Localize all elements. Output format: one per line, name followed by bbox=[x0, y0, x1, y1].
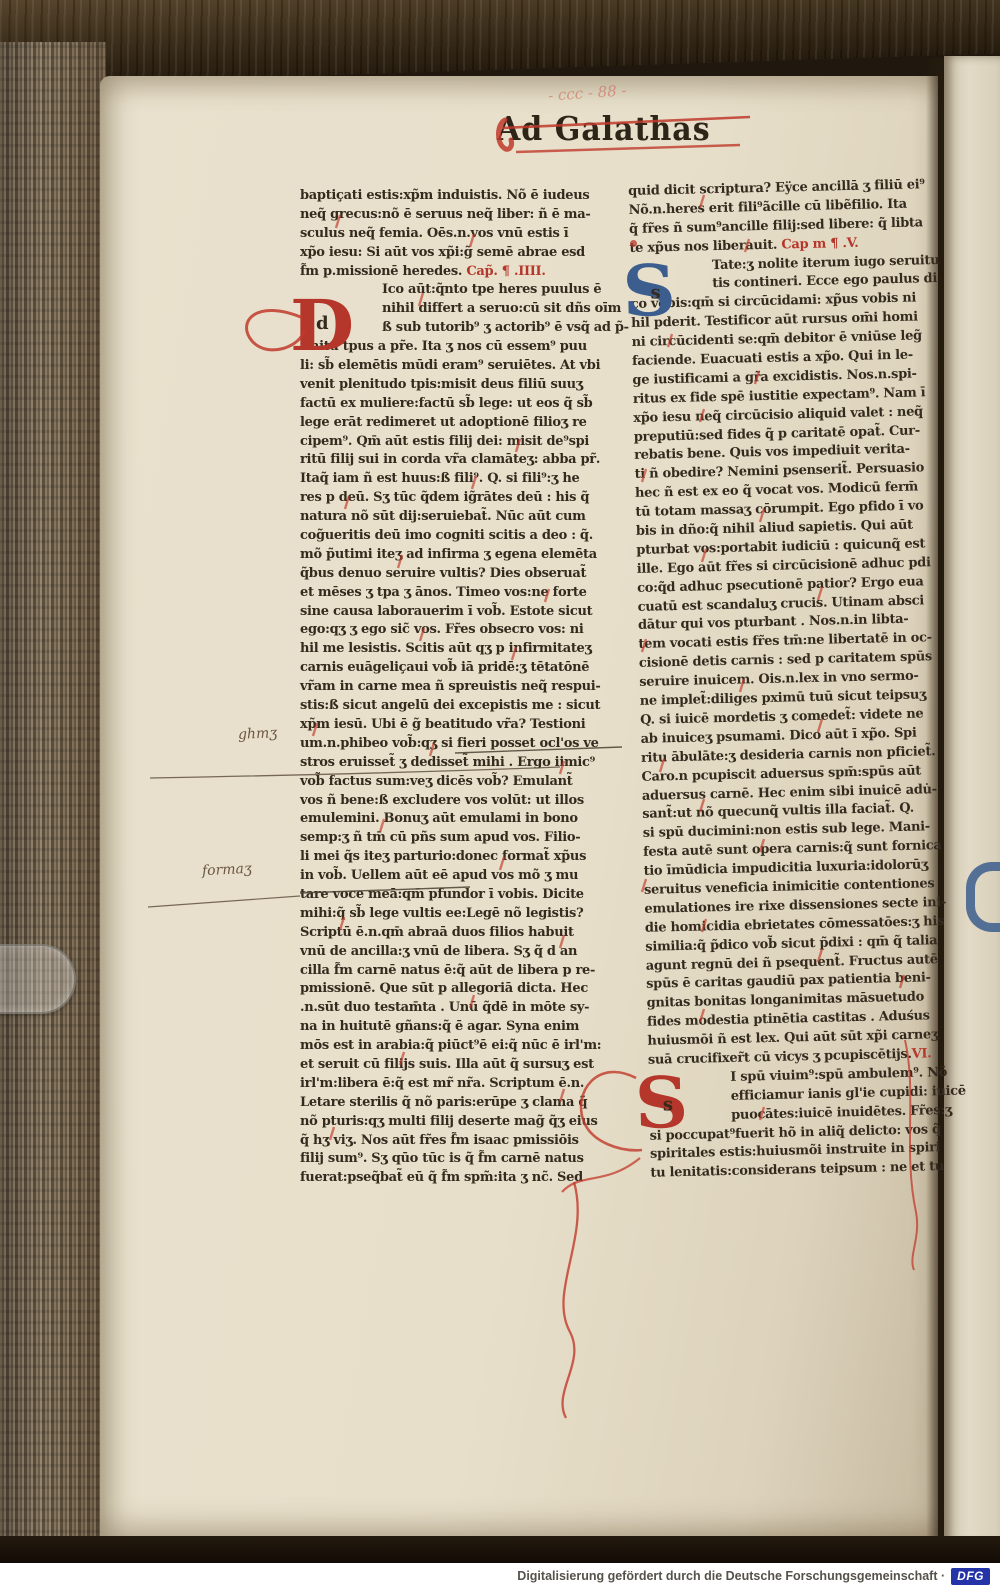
text-line: lege erāt redimeret ut adoptionē filioʒ … bbox=[300, 414, 623, 433]
text-line: Itaq̃ iam ñ est huus:ß fili⁹. Q. si fili… bbox=[300, 470, 623, 489]
text-line: q̃bus denuo seruire vultis? Dies obserua… bbox=[300, 565, 623, 584]
text-line: q̃ hʒ viʒ. Nos aūt fr̃es f̃m isaac pmiss… bbox=[300, 1132, 623, 1151]
text-line: .n.sūt duo testam̄ta . Unū q̃dē in mōte … bbox=[300, 999, 623, 1018]
text-line: et mēses ʒ tpa ʒ ānos. Timeo vos:ne fort… bbox=[300, 584, 623, 603]
text-line: irl'm:libera ē:q̃ est mr̃ nr̃a. Scriptum… bbox=[300, 1075, 623, 1094]
text-line: et seruit cū filijs suis. Illa aūt q̃ su… bbox=[300, 1056, 623, 1075]
text-line: sculus neq̃ femia. Oēs.n.vos vnū estis ī bbox=[300, 225, 623, 244]
text-line: cilla f̃m carnē natus ē:q̃ aūt de libera… bbox=[300, 962, 623, 981]
text-line: mōs est in arabia:q̃ piūct⁹ē ei:q̃ nūc ē… bbox=[300, 1037, 623, 1056]
text-line: stis:ß sicut angelū dei excepistis me : … bbox=[300, 697, 623, 716]
text-line: vnū de ancilla:ʒ vnū de libera. Sʒ q̃ d … bbox=[300, 943, 623, 962]
text-line: res p deū. Sʒ tūc q̃dem ig̃rātes deū : h… bbox=[300, 489, 623, 508]
text-line: ritū filij sui in corda vr̃a clamāteʒ: a… bbox=[300, 451, 623, 470]
text-line: tare voce meā:qm̄ pfundor ī vobis. Dicit… bbox=[300, 886, 623, 905]
text-line: nõ pturis:qʒ multi filij deserte mag̃ q̃… bbox=[300, 1113, 623, 1132]
page-stack-edge bbox=[0, 42, 106, 1544]
marginal-note-1: ghmʒ bbox=[238, 725, 278, 743]
text-line: natura nõ sūt dij:seruiebat̃. Nūc aūt cu… bbox=[300, 508, 623, 527]
text-line: na in huitutē gñans:q̃ ē agar. Syna enim bbox=[300, 1018, 623, 1037]
text-line: li: sb̃ elemētis mūdi eram⁹ seruiētes. A… bbox=[300, 357, 623, 376]
text-line: vr̃am in carne mea ñ spreuistis neq̃ res… bbox=[300, 678, 623, 697]
book-scan: fbappuqfegcexcciriceguniEardeneEad - ccc… bbox=[0, 0, 1000, 1589]
text-line: finitū tpus a pr̃e. Ita ʒ nos cū essem⁹ … bbox=[300, 338, 623, 357]
text-line: li mei q̃s iteʒ parturio:donec format̃ x… bbox=[300, 848, 623, 867]
book-bottom-edge bbox=[0, 1536, 1000, 1563]
text-line: xp̃m iesū. Ubi ē g̃ beatitudo vr̃a? Test… bbox=[300, 716, 623, 735]
text-line: baptiçati estis:xp̃m induistis. Nõ ē iud… bbox=[300, 187, 623, 206]
page-title: Ad Galathas bbox=[497, 111, 757, 149]
text-line: mõ p̃utimi iteʒ ad infirma ʒ egena elemē… bbox=[300, 546, 623, 565]
text-line: semp:ʒ ñ tm̄ cū pñs sum apud vos. Filio- bbox=[300, 829, 623, 848]
text-line: hil me lesistis. Scitis aūt qʒ p infirmi… bbox=[300, 640, 623, 659]
text-line: vob̃ factus sum:veʒ dicēs vob̃? Emulant̃ bbox=[300, 773, 623, 792]
page-holder-clip bbox=[0, 944, 76, 1014]
digitization-credit: Digitalisierung gefördert durch die Deut… bbox=[517, 1569, 945, 1583]
text-line: neq̃ grecus:nõ ē seruus neq̃ liber: ñ ē … bbox=[300, 206, 623, 225]
text-line: filij sum⁹. Sʒ qūo tūc is q̃ f̃m carnē n… bbox=[300, 1150, 623, 1169]
text-column-left: D d baptiçati estis:xp̃m induistis. Nõ ē… bbox=[300, 187, 623, 1188]
text-line: cipem⁹. Qm̄ aūt estis filij dei: misit d… bbox=[300, 433, 623, 452]
next-page-blue-initial bbox=[966, 862, 1000, 932]
text-line: nihil differt a seruo:cū sit dñs oīm bbox=[382, 300, 623, 319]
text-line: factū ex muliere:factū sb̃ lege: ut eos … bbox=[300, 395, 623, 414]
text-line: in vob̃. Uellem aūt eē apud vos mõ ʒ mu bbox=[300, 867, 623, 886]
text-line: ego:qʒ ʒ ego sic̃ vos. Fr̃es obsecro vos… bbox=[300, 621, 623, 640]
text-line: emulemini. Bonuʒ aūt emulami in bono bbox=[300, 810, 623, 829]
text-line: Scriptū ē.n.qm̄ abraā duos filios habuit bbox=[300, 924, 623, 943]
text-line: Ico aūt:q̃nto tpe heres puulus ē bbox=[382, 281, 623, 300]
text-line: mihi:q̃ sb̃ lege vultis ee:Legē nõ legis… bbox=[300, 905, 623, 924]
text-line: f̃m p.missionē heredes. Cap̃. ¶ .IIII. bbox=[300, 263, 623, 282]
text-line: venit plenitudo tpis:misit deus filiū su… bbox=[300, 376, 623, 395]
running-header: Ad Galathas bbox=[497, 112, 757, 147]
text-line: xp̃o iesu: Si aūt vos xp̃i:g̃ semē abrae… bbox=[300, 244, 623, 263]
text-column-right: S s S s quid dicit scriptura? Eÿce ancil… bbox=[628, 176, 963, 1184]
marginal-note-2: formaʒ bbox=[202, 861, 253, 880]
text-line: carnis euāgeliçaui vob̃ iā pridē:ʒ tētat… bbox=[300, 659, 623, 678]
book-cover-edge bbox=[0, 0, 1000, 86]
text-line: vos ñ bene:ß excludere vos volūt: ut ill… bbox=[300, 792, 623, 811]
text-line: ß sub tutorib⁹ ʒ actorib⁹ ē vsq̃ ad p̃- bbox=[382, 319, 623, 338]
text-line: Letare sterilis q̃ nõ paris:erūpe ʒ clam… bbox=[300, 1094, 623, 1113]
text-line: pmissionē. Que sūt p allegoriā dicta. He… bbox=[300, 980, 623, 999]
text-line: fuerat:pseq̃bat̃ eū q̃ f̃m spm̃:ita ʒ nc… bbox=[300, 1169, 623, 1188]
dfg-logo: DFG bbox=[951, 1568, 990, 1585]
text-line: stros eruisset̃ ʒ dedisset̃ mihi . Ergo … bbox=[300, 754, 623, 773]
rubric-dot bbox=[630, 240, 637, 247]
digitization-footer: Digitalisierung gefördert durch die Deut… bbox=[0, 1563, 1000, 1589]
text-line: sine causa laborauerim ī vob̃. Estote si… bbox=[300, 603, 623, 622]
text-line: um.n.phibeo vob̃:qʒ si fieri posset ocl'… bbox=[300, 735, 623, 754]
text-line: cog̃ueritis deū imo cogniti scitis a deo… bbox=[300, 527, 623, 546]
